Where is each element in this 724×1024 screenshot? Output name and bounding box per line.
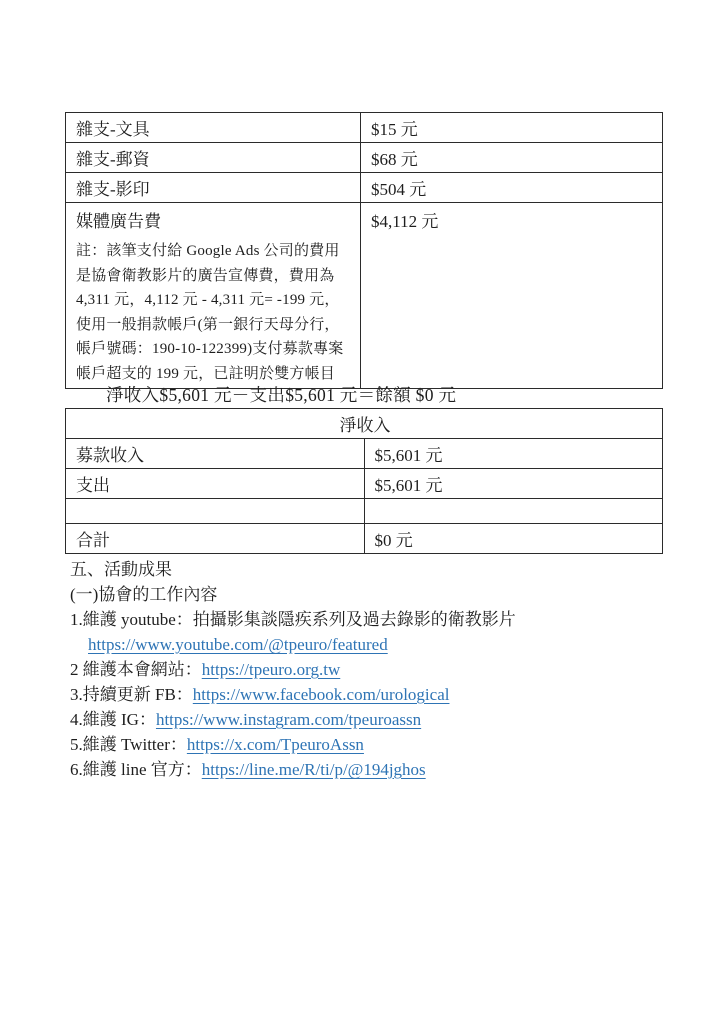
table-row: 媒體廣告費 註：該筆支付給 Google Ads 公司的費用是協會衛教影片的廣告…: [66, 203, 663, 389]
net-row-label: 支出: [66, 469, 365, 499]
expense-label-cell: 媒體廣告費 註：該筆支付給 Google Ads 公司的費用是協會衛教影片的廣告…: [66, 203, 361, 389]
table-header-row: 淨收入: [66, 409, 663, 439]
expense-value: $504 元: [361, 173, 663, 203]
website-link[interactable]: https://tpeuro.org.tw: [202, 660, 341, 679]
section-subheading: (一)協會的工作內容: [70, 582, 670, 607]
list-item-line: 6.維護 line 官方：https://line.me/R/ti/p/@194…: [70, 757, 670, 782]
net-row-value: $5,601 元: [364, 439, 663, 469]
list-item-instagram-text: 4.維護 IG：: [70, 710, 156, 729]
table-row: 支出 $5,601 元: [66, 469, 663, 499]
expense-table: 雜支-文具 $15 元 雜支-郵資 $68 元 雜支-影印 $504 元 媒體廣…: [65, 112, 663, 389]
table-row: 雜支-郵資 $68 元: [66, 143, 663, 173]
list-item-line-text: 6.維護 line 官方：: [70, 760, 202, 779]
facebook-link[interactable]: https://www.facebook.com/urological: [193, 685, 450, 704]
list-item-twitter-text: 5.維護 Twitter：: [70, 735, 187, 754]
line-link[interactable]: https://line.me/R/ti/p/@194jghos: [202, 760, 426, 779]
list-item-website-text: 2 維護本會網站：: [70, 660, 202, 679]
list-item-facebook: 3.持續更新 FB：https://www.facebook.com/urolo…: [70, 682, 670, 707]
expense-label: 雜支-影印: [66, 173, 361, 203]
document-page: 雜支-文具 $15 元 雜支-郵資 $68 元 雜支-影印 $504 元 媒體廣…: [0, 0, 724, 1024]
list-item-youtube-linkline: https://www.youtube.com/@tpeuro/featured: [70, 632, 670, 657]
youtube-link[interactable]: https://www.youtube.com/@tpeuro/featured: [88, 635, 388, 654]
list-item-instagram: 4.維護 IG：https://www.instagram.com/tpeuro…: [70, 707, 670, 732]
table-row-total: 合計 $0 元: [66, 524, 663, 554]
list-item-twitter: 5.維護 Twitter：https://x.com/TpeuroAssn: [70, 732, 670, 757]
table-row: 募款收入 $5,601 元: [66, 439, 663, 469]
list-item-youtube-text: 1.維護 youtube：拍攝影集談隱疾系列及過去錄影的衛教影片: [70, 607, 670, 632]
table-row: 雜支-文具 $15 元: [66, 113, 663, 143]
net-row-value: $0 元: [364, 524, 663, 554]
net-income-table: 淨收入 募款收入 $5,601 元 支出 $5,601 元 合計 $0 元: [65, 408, 663, 554]
net-income-header: 淨收入: [66, 409, 663, 439]
net-row-label: 合計: [66, 524, 365, 554]
net-row-value: $5,601 元: [364, 469, 663, 499]
expense-label: 媒體廣告費: [76, 207, 352, 232]
section-heading: 五、活動成果: [70, 557, 670, 582]
twitter-link[interactable]: https://x.com/TpeuroAssn: [187, 735, 364, 754]
expense-value: $68 元: [361, 143, 663, 173]
expense-value: $4,112 元: [361, 203, 663, 389]
list-item-website: 2 維護本會網站：https://tpeuro.org.tw: [70, 657, 670, 682]
net-row-value: [364, 499, 663, 524]
net-income-summary-line: 淨收入$5,601 元－支出$5,601 元＝餘額 $0 元: [106, 382, 456, 407]
list-item-facebook-text: 3.持續更新 FB：: [70, 685, 193, 704]
net-row-label: [66, 499, 365, 524]
expense-value: $15 元: [361, 113, 663, 143]
expense-note: 註：該筆支付給 Google Ads 公司的費用是協會衛教影片的廣告宣傳費，費用…: [76, 239, 352, 386]
instagram-link[interactable]: https://www.instagram.com/tpeuroassn: [156, 710, 421, 729]
activity-results-section: 五、活動成果 (一)協會的工作內容 1.維護 youtube：拍攝影集談隱疾系列…: [70, 557, 670, 782]
table-row: 雜支-影印 $504 元: [66, 173, 663, 203]
expense-label: 雜支-文具: [66, 113, 361, 143]
table-row-empty: [66, 499, 663, 524]
expense-label: 雜支-郵資: [66, 143, 361, 173]
net-row-label: 募款收入: [66, 439, 365, 469]
